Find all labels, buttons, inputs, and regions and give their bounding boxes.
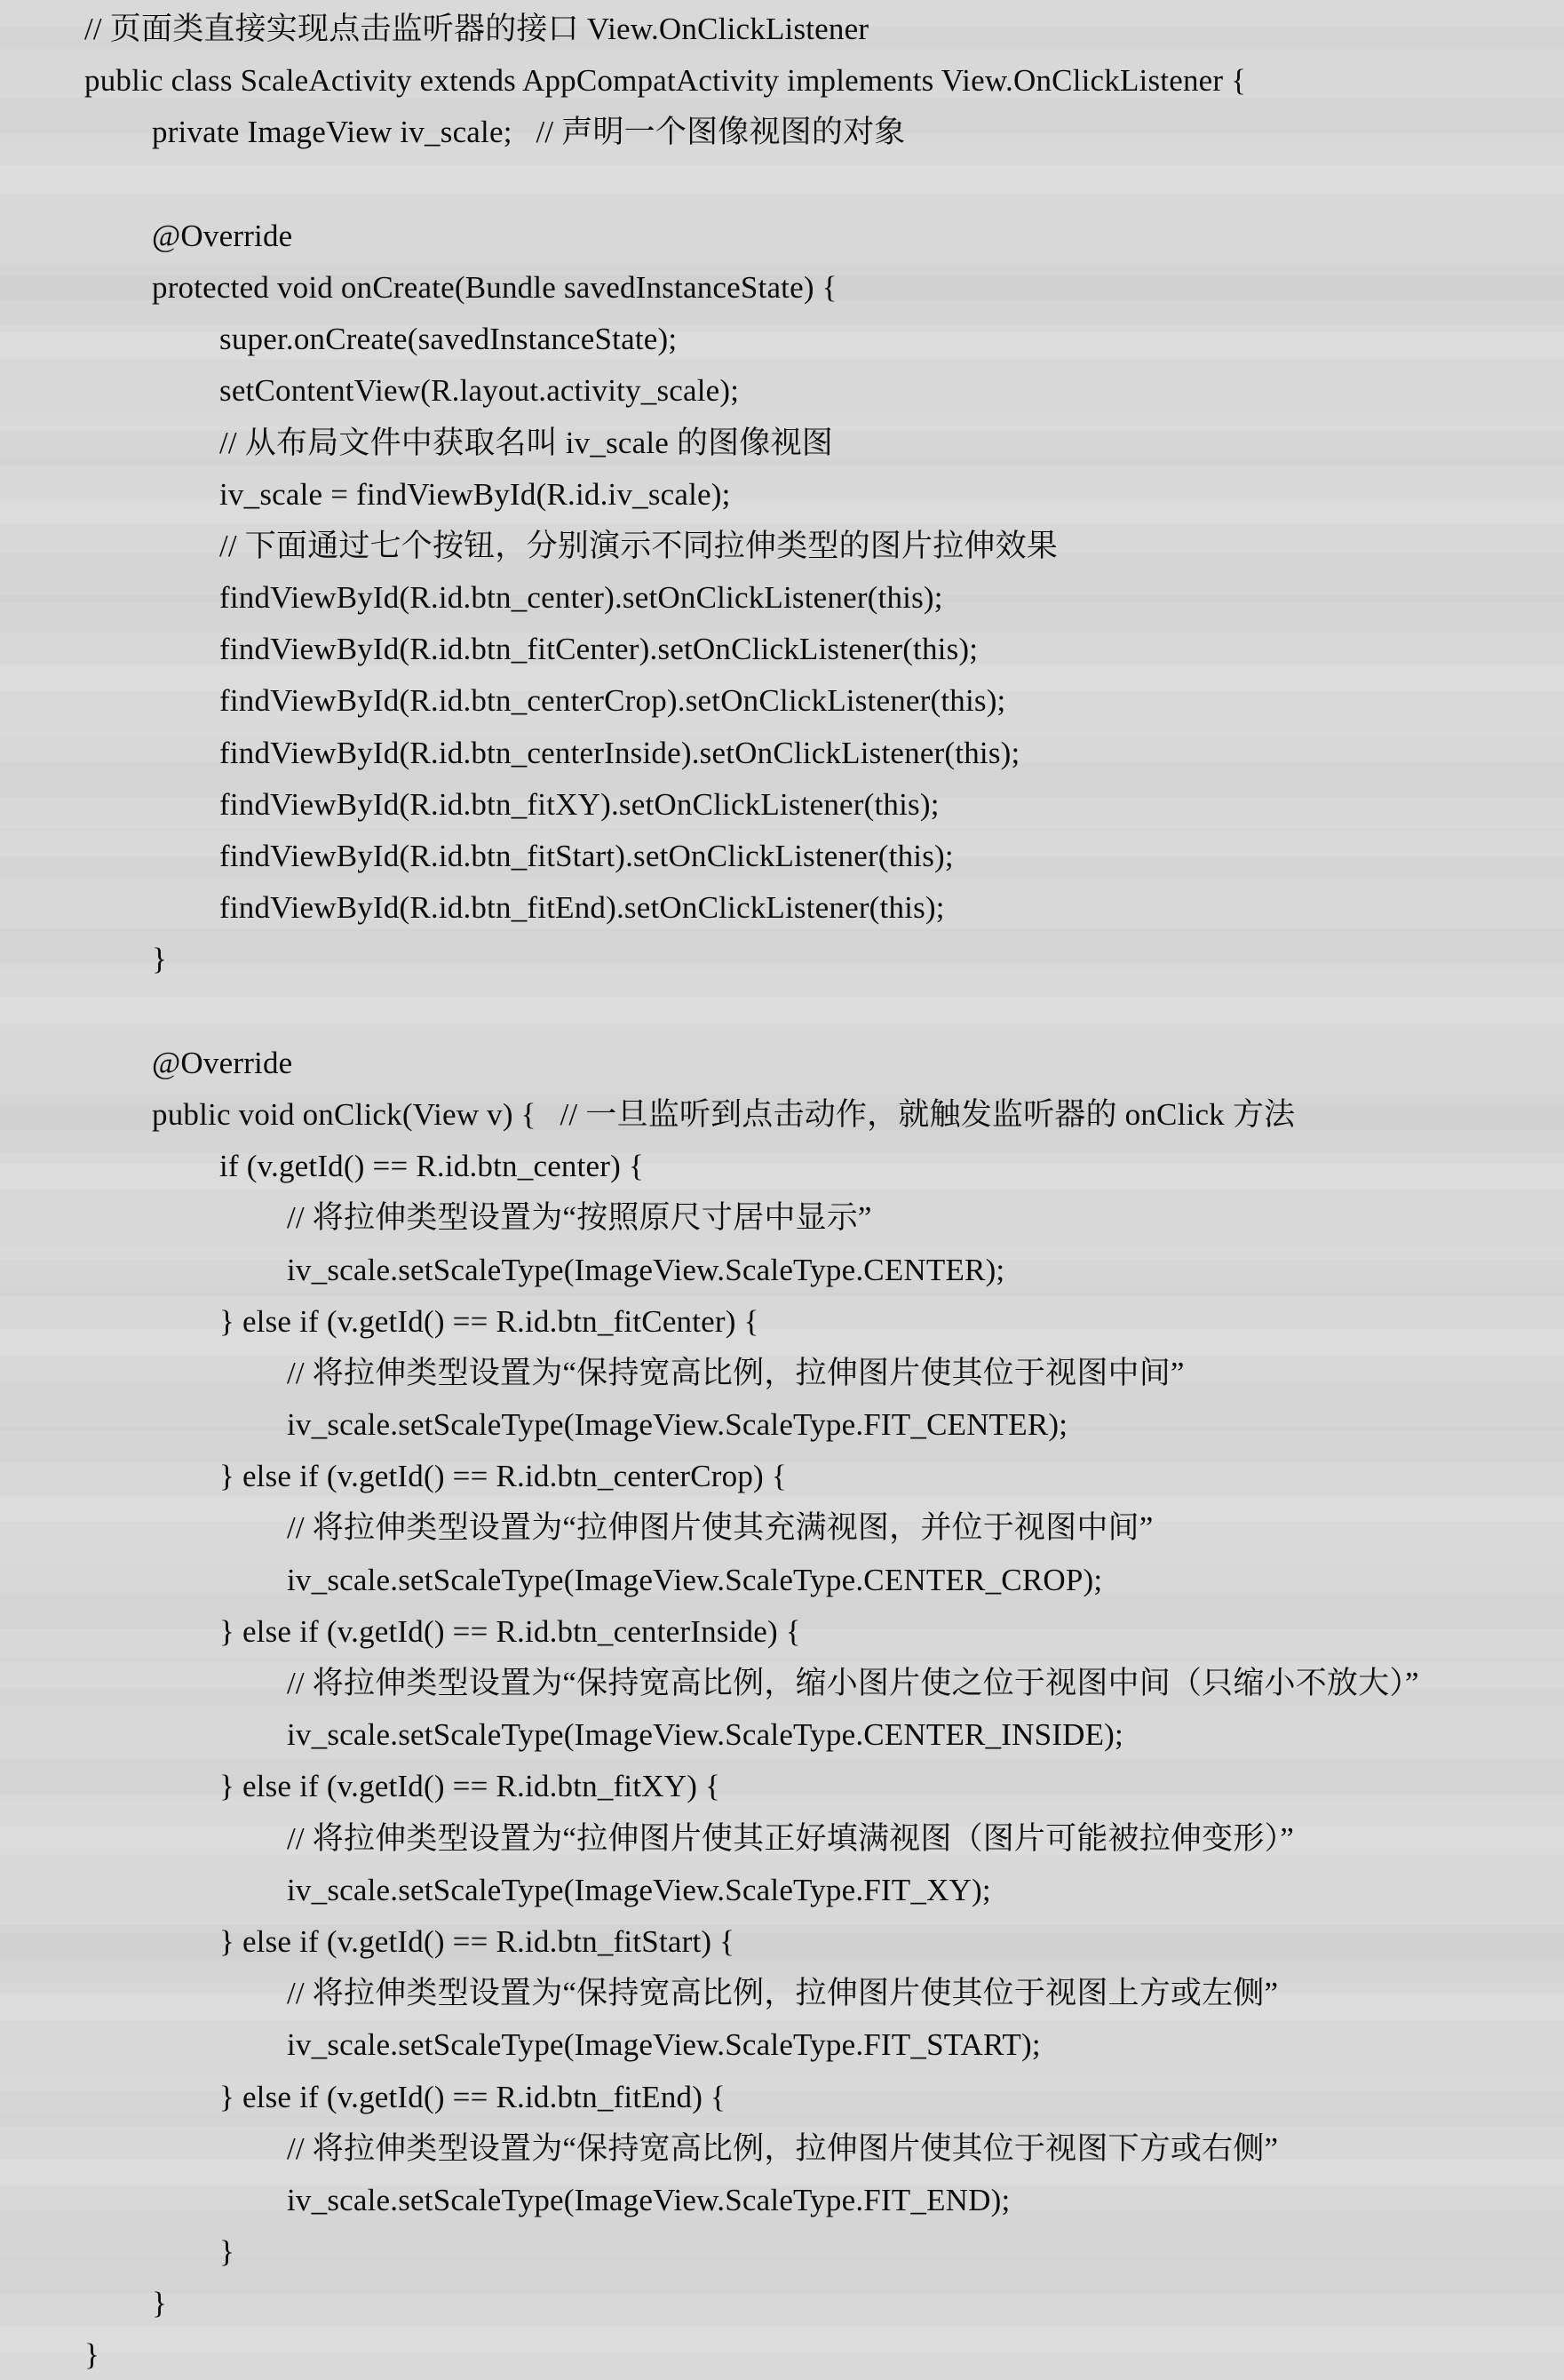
code-line: public class ScaleActivity extends AppCo… (0, 55, 1564, 107)
code-line: // 从布局文件中获取名叫 iv_scale 的图像视图 (0, 418, 1564, 469)
code-line: super.onCreate(savedInstanceState); (0, 314, 1564, 365)
code-line (0, 159, 1564, 211)
code-line: // 下面通过七个按钮，分别演示不同拉伸类型的图片拉伸效果 (0, 521, 1564, 572)
code-listing: // 页面类直接实现点击监听器的接口 View.OnClickListenerp… (0, 4, 1564, 2380)
code-line: iv_scale.setScaleType(ImageView.ScaleTyp… (0, 1709, 1564, 1761)
code-line: // 将拉伸类型设置为“保持宽高比例，拉伸图片使其位于视图中间” (0, 1348, 1564, 1399)
code-line: // 页面类直接实现点击监听器的接口 View.OnClickListener (0, 4, 1564, 55)
code-line: private ImageView iv_scale; // 声明一个图像视图的… (0, 107, 1564, 158)
code-line: } (0, 2329, 1564, 2380)
code-line: setContentView(R.layout.activity_scale); (0, 365, 1564, 417)
code-line: iv_scale = findViewById(R.id.iv_scale); (0, 469, 1564, 521)
code-line: } else if (v.getId() == R.id.btn_centerI… (0, 1606, 1564, 1658)
code-line: public void onClick(View v) { // 一旦监听到点击… (0, 1089, 1564, 1141)
code-line: iv_scale.setScaleType(ImageView.ScaleTyp… (0, 2175, 1564, 2226)
code-line: findViewById(R.id.btn_fitEnd).setOnClick… (0, 882, 1564, 934)
code-line: findViewById(R.id.btn_center).setOnClick… (0, 572, 1564, 624)
code-line: findViewById(R.id.btn_fitCenter).setOnCl… (0, 624, 1564, 675)
code-line: } (0, 2226, 1564, 2278)
code-line: // 将拉伸类型设置为“拉伸图片使其充满视图，并位于视图中间” (0, 1502, 1564, 1554)
code-line: // 将拉伸类型设置为“拉伸图片使其正好填满视图（图片可能被拉伸变形）” (0, 1813, 1564, 1865)
code-line: iv_scale.setScaleType(ImageView.ScaleTyp… (0, 1865, 1564, 1916)
code-line: } (0, 2278, 1564, 2329)
code-line: iv_scale.setScaleType(ImageView.ScaleTyp… (0, 1245, 1564, 1296)
code-line: iv_scale.setScaleType(ImageView.ScaleTyp… (0, 1555, 1564, 1606)
code-line: findViewById(R.id.btn_fitStart).setOnCli… (0, 831, 1564, 882)
code-line (0, 986, 1564, 1038)
code-line: @Override (0, 211, 1564, 262)
code-line: } (0, 934, 1564, 985)
code-line: // 将拉伸类型设置为“保持宽高比例，拉伸图片使其位于视图下方或右侧” (0, 2123, 1564, 2175)
code-line: iv_scale.setScaleType(ImageView.ScaleTyp… (0, 1399, 1564, 1451)
code-line: findViewById(R.id.btn_centerInside).setO… (0, 728, 1564, 779)
code-line: } else if (v.getId() == R.id.btn_fitXY) … (0, 1761, 1564, 1812)
code-line: // 将拉伸类型设置为“保持宽高比例，拉伸图片使其位于视图上方或左侧” (0, 1968, 1564, 2019)
code-line: findViewById(R.id.btn_centerCrop).setOnC… (0, 675, 1564, 727)
code-line: @Override (0, 1038, 1564, 1089)
code-line: if (v.getId() == R.id.btn_center) { (0, 1141, 1564, 1192)
code-line: iv_scale.setScaleType(ImageView.ScaleTyp… (0, 2019, 1564, 2071)
code-line: // 将拉伸类型设置为“按照原尺寸居中显示” (0, 1192, 1564, 1244)
code-line: } else if (v.getId() == R.id.btn_fitCent… (0, 1296, 1564, 1348)
code-line: // 将拉伸类型设置为“保持宽高比例，缩小图片使之位于视图中间（只缩小不放大）” (0, 1658, 1564, 1709)
code-line: } else if (v.getId() == R.id.btn_fitStar… (0, 1916, 1564, 1968)
code-line: } else if (v.getId() == R.id.btn_fitEnd)… (0, 2072, 1564, 2123)
code-line: findViewById(R.id.btn_fitXY).setOnClickL… (0, 779, 1564, 831)
code-line: protected void onCreate(Bundle savedInst… (0, 262, 1564, 314)
code-line: } else if (v.getId() == R.id.btn_centerC… (0, 1451, 1564, 1502)
